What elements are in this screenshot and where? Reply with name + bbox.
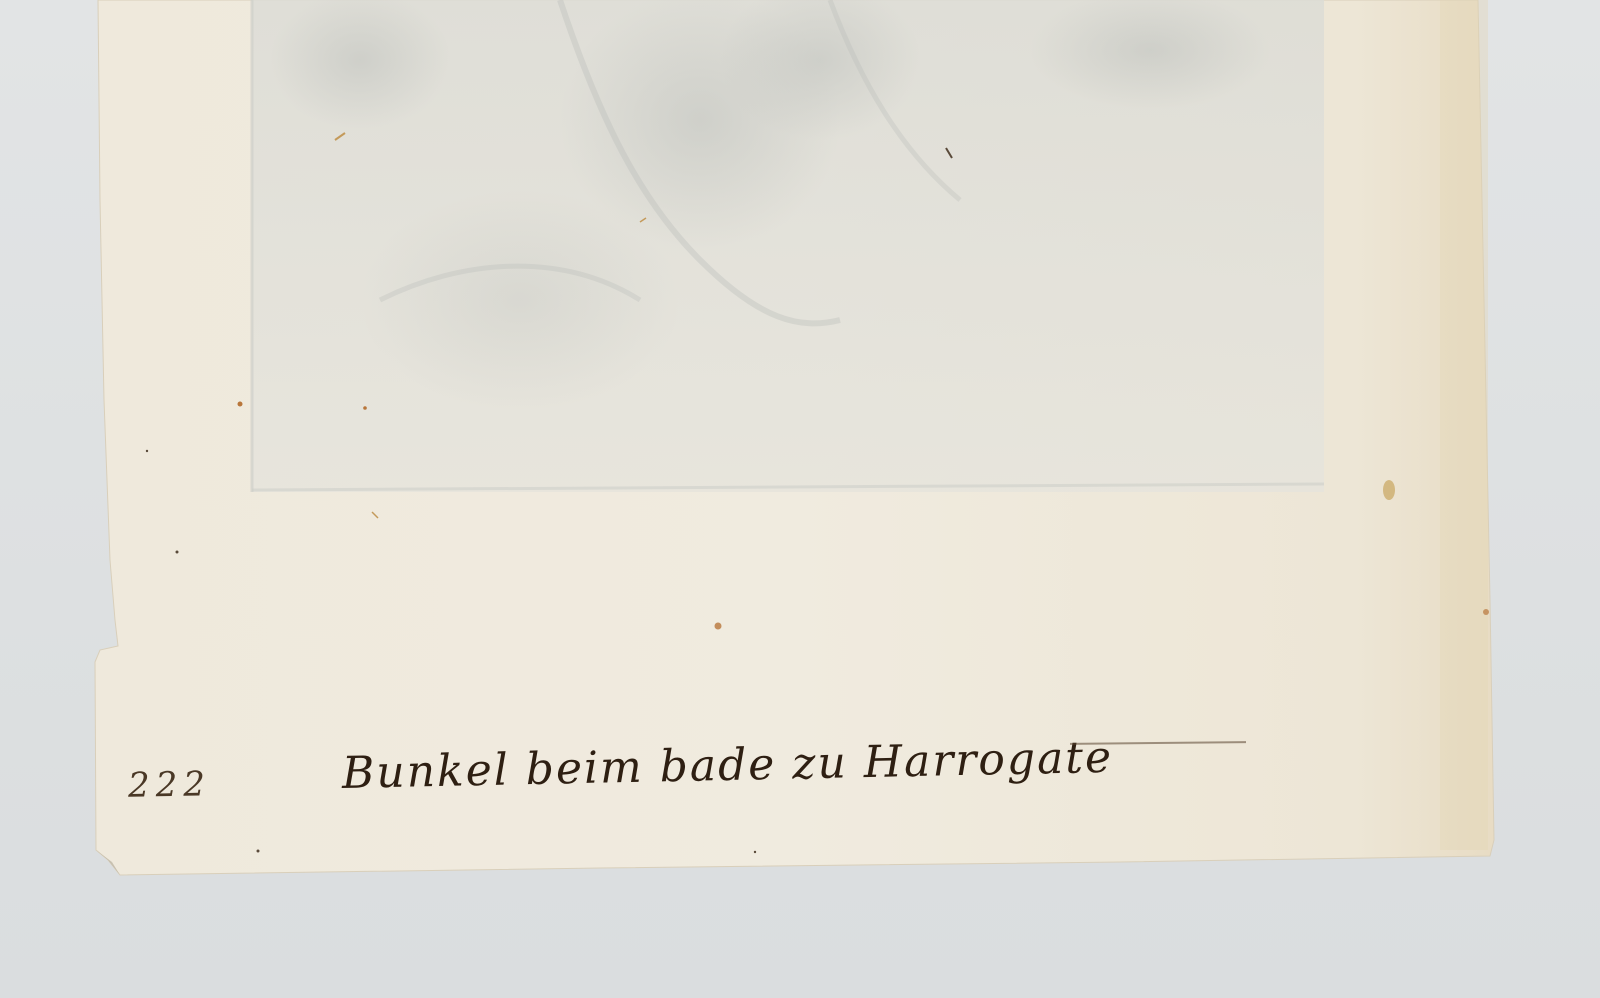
catalog-number: 222: [128, 764, 212, 805]
photo-scene: 222 Bunkel beim bade zu Harrogate: [0, 0, 1600, 998]
paper-sheet: [0, 0, 1600, 998]
stain-mark: [1383, 480, 1395, 500]
